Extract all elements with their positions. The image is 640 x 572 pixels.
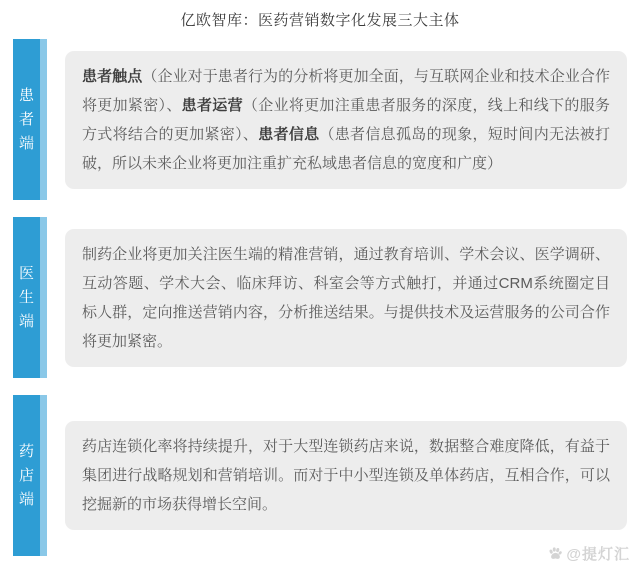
section-doctor: 医生端 制药企业将更加关注医生端的精准营销，通过教育培训、学术会议、医学调研、互… xyxy=(13,217,627,378)
section-doctor-tab: 医生端 xyxy=(13,217,47,378)
bold-term: 患者运营 xyxy=(182,97,243,114)
section-pharmacy: 药店端 药店连锁化率将持续提升，对于大型连锁药店来说，数据整合难度降低，有益于集… xyxy=(13,395,627,556)
bold-term: 患者信息 xyxy=(258,126,319,143)
watermark: @提灯汇 xyxy=(548,543,630,564)
bold-term: 患者触点 xyxy=(82,68,142,85)
watermark-text: @提灯汇 xyxy=(566,543,630,564)
body-text-run: 药店连锁化率将持续提升，对于大型连锁药店来说，数据整合难度降低，有益于集团进行战… xyxy=(82,438,610,513)
section-pharmacy-tab-label: 药店端 xyxy=(19,440,34,512)
infographic-page: 亿欧智库：医药营销数字化发展三大主体 患者端 患者触点（企业对于患者行为的分析将… xyxy=(0,0,640,572)
sections-container: 患者端 患者触点（企业对于患者行为的分析将更加全面，与互联网企业和技术企业合作将… xyxy=(0,39,640,556)
section-doctor-text: 制药企业将更加关注医生端的精准营销，通过教育培训、学术会议、医学调研、互动答题、… xyxy=(65,229,627,367)
section-patient: 患者端 患者触点（企业对于患者行为的分析将更加全面，与互联网企业和技术企业合作将… xyxy=(13,39,627,200)
section-patient-tab: 患者端 xyxy=(13,39,47,200)
section-pharmacy-tab: 药店端 xyxy=(13,395,47,556)
section-patient-text: 患者触点（企业对于患者行为的分析将更加全面，与互联网企业和技术企业合作将更加紧密… xyxy=(65,51,627,189)
page-title: 亿欧智库：医药营销数字化发展三大主体 xyxy=(0,0,640,30)
body-text-run: 制药企业将更加关注医生端的精准营销，通过教育培训、学术会议、医学调研、互动答题、… xyxy=(82,246,610,350)
section-doctor-tab-label: 医生端 xyxy=(19,262,34,334)
paw-logo-icon xyxy=(548,546,563,561)
section-patient-tab-label: 患者端 xyxy=(19,84,34,156)
section-pharmacy-text: 药店连锁化率将持续提升，对于大型连锁药店来说，数据整合难度降低，有益于集团进行战… xyxy=(65,421,627,530)
